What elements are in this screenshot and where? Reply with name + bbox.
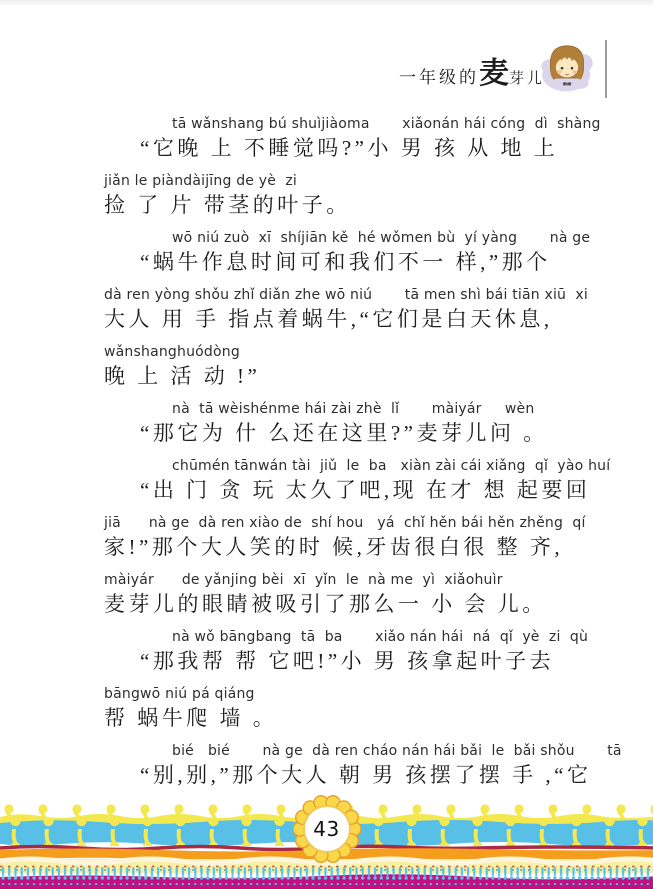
text-line: wǎnshanghuódòng 晚 上 活 动 !” <box>104 342 653 391</box>
girl-bow <box>563 82 571 85</box>
page-header: 一年级的麦芽儿 <box>397 40 607 98</box>
hanzi-row: 大人 用 手 指点着蜗牛,“它们是白天休息, <box>104 305 653 334</box>
hanzi-row: 晚 上 活 动 !” <box>104 362 653 391</box>
pinyin-row: nà tā wèishénme hái zài zhè lǐ màiyár wè… <box>104 399 653 419</box>
pinyin-row: jiā nà ge dà ren xiào de shí hou yá chǐ … <box>104 513 653 533</box>
girl-face <box>556 57 578 77</box>
page-number-badge: 43 <box>293 795 361 863</box>
girl-mascot-icon <box>535 40 599 98</box>
pinyin-row: dà ren yòng shǒu zhǐ diǎn zhe wō niú tā … <box>104 285 653 305</box>
hanzi-row: 捡 了 片 带茎的叶子。 <box>104 191 653 220</box>
text-line: jiā nà ge dà ren xiào de shí hou yá chǐ … <box>104 513 653 562</box>
hanzi-row: 家!”那个大人笑的时 候,牙齿很白很 整 齐, <box>104 533 653 562</box>
hanzi-row: “那我帮 帮 它吧!”小 男 孩拿起叶子去 <box>104 647 653 676</box>
hanzi-row: “出 门 贪 玩 太久了吧,现 在才 想 起要回 <box>104 476 653 505</box>
pinyin-row: bāngwō niú pá qiáng <box>104 684 653 704</box>
text-line: bāngwō niú pá qiáng 帮 蜗牛爬 墙 。 <box>104 684 653 733</box>
hanzi-row: 麦芽儿的眼睛被吸引了那么一 小 会 儿。 <box>104 590 653 619</box>
story-text: tā wǎnshang bú shuìjiàoma xiǎonán hái có… <box>104 114 653 798</box>
series-title-emphasis: 麦 <box>479 57 509 90</box>
hanzi-row: “那它为 什 么还在这里?”麦芽儿问 。 <box>104 419 653 448</box>
pinyin-row: wō niú zuò xī shíjiān kě hé wǒmen bù yí … <box>104 228 653 248</box>
text-line: dà ren yòng shǒu zhǐ diǎn zhe wō niú tā … <box>104 285 653 334</box>
series-title: 一年级的麦芽儿 <box>399 48 545 92</box>
hanzi-row: “别,别,”那个大人 朝 男 孩摆了摆 手 ,“它 <box>104 761 653 790</box>
pinyin-row: chūmén tānwán tài jiǔ le ba xiàn zài cái… <box>104 456 653 476</box>
pinyin-row: jiǎn le piàndàijīng de yè zi <box>104 171 653 191</box>
pinyin-row: tā wǎnshang bú shuìjiàoma xiǎonán hái có… <box>104 114 653 134</box>
text-line: màiyár de yǎnjing bèi xī yǐn le nà me yì… <box>104 570 653 619</box>
hanzi-row: “它晚 上 不睡觉吗?”小 男 孩 从 地 上 <box>104 134 653 163</box>
text-line: wō niú zuò xī shíjiān kě hé wǒmen bù yí … <box>104 228 653 277</box>
pinyin-row: wǎnshanghuódòng <box>104 342 653 362</box>
book-page: 一年级的麦芽儿 <box>0 0 653 889</box>
pinyin-row: nà wǒ bāngbang tā ba xiǎo nán hái ná qǐ … <box>104 627 653 647</box>
text-line: jiǎn le piàndàijīng de yè zi 捡 了 片 带茎的叶子… <box>104 171 653 220</box>
hanzi-row: 帮 蜗牛爬 墙 。 <box>104 704 653 733</box>
text-line: nà tā wèishénme hái zài zhè lǐ màiyár wè… <box>104 399 653 448</box>
text-line: nà wǒ bāngbang tā ba xiǎo nán hái ná qǐ … <box>104 627 653 676</box>
series-title-prefix: 一年级的 <box>399 68 479 87</box>
text-line: chūmén tānwán tài jiǔ le ba xiàn zài cái… <box>104 456 653 505</box>
pinyin-row: màiyár de yǎnjing bèi xī yǐn le nà me yì… <box>104 570 653 590</box>
pinyin-row: bié bié nà ge dà ren cháo nán hái bǎi le… <box>104 741 653 761</box>
page-number: 43 <box>293 795 361 863</box>
hanzi-row: “蜗牛作息时间可和我们不一 样,”那个 <box>104 248 653 277</box>
text-line: bié bié nà ge dà ren cháo nán hái bǎi le… <box>104 741 653 790</box>
text-line: tā wǎnshang bú shuìjiàoma xiǎonán hái có… <box>104 114 653 163</box>
